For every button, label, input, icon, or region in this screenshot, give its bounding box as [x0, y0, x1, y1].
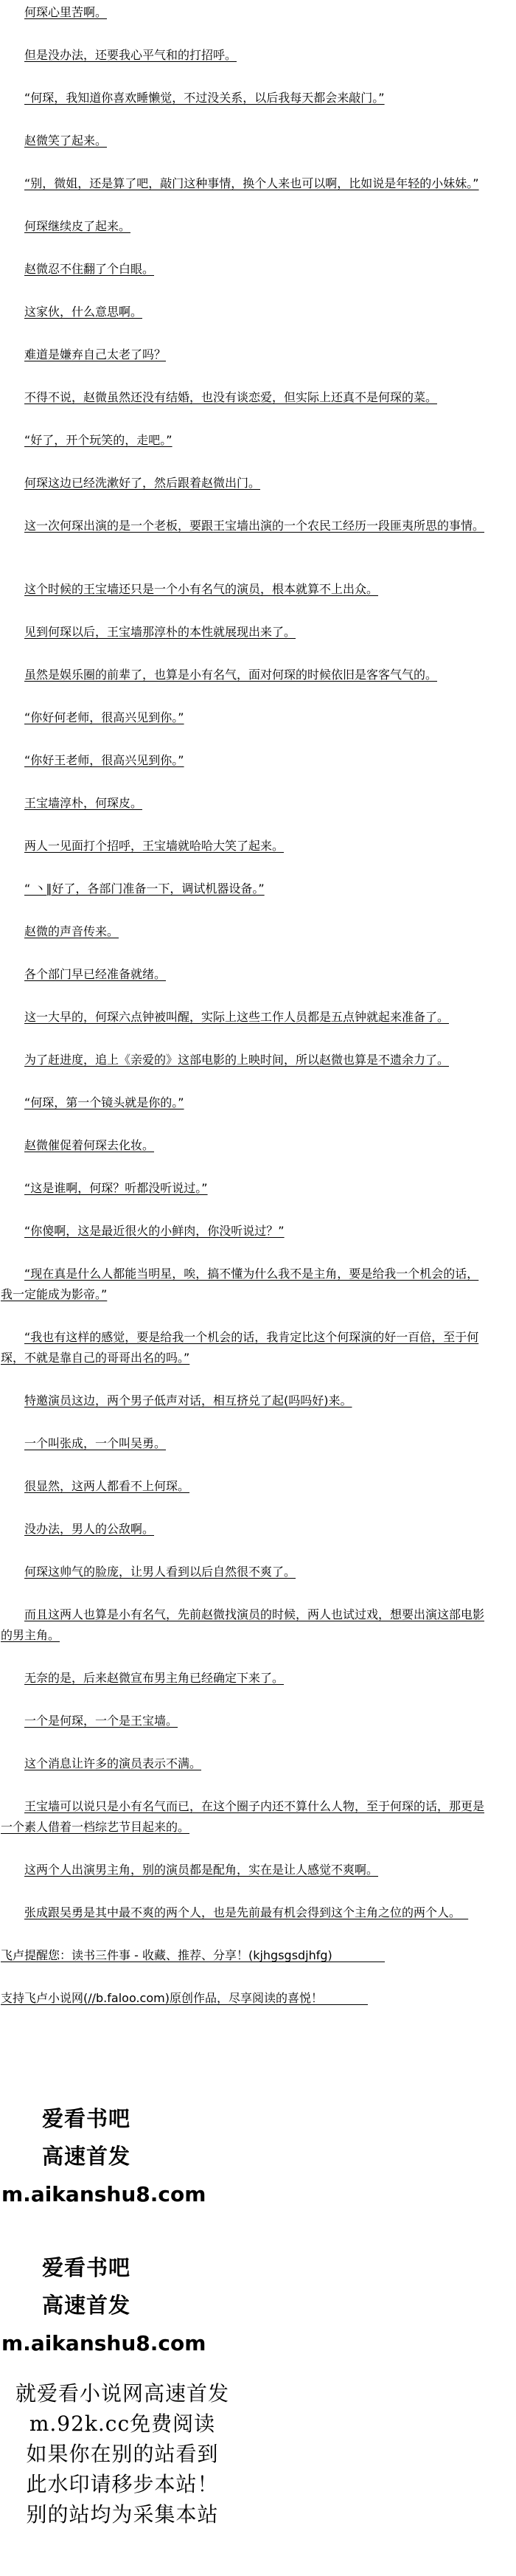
novel-text: 何琛心里苦啊。但是没办法，还要我心平气和的打招呼。“何琛，我知道你喜欢睡懒觉，不…	[1, 2, 487, 2009]
promo-site-url: m.aikanshu8.com	[1, 2175, 487, 2213]
novel-paragraph: 何琛这帅气的脸庞，让男人看到以后自然很不爽了。	[1, 1562, 487, 1582]
novel-paragraph: 支持飞卢小说网(//b.faloo.com)原创作品，尽享阅读的喜悦！	[1, 1988, 487, 2009]
novel-paragraph: “你好何老师，很高兴见到你。”	[1, 707, 487, 728]
novel-paragraph: 不得不说，赵微虽然还没有结婚，也没有谈恋爱，但实际上还真不是何琛的菜。	[1, 387, 487, 408]
novel-paragraph: 这两个人出演男主角，别的演员都是配角，实在是让人感觉不爽啊。	[1, 1860, 487, 1880]
novel-paragraph: 赵微催促着何琛去化妆。	[1, 1135, 487, 1156]
novel-paragraph: 但是没办法，还要我心平气和的打招呼。	[1, 45, 487, 66]
novel-paragraph: 特邀演员这边，两个男子低声对话，相互挤兑了起(吗吗好)来。	[1, 1391, 487, 1411]
novel-paragraph: 各个部门早已经准备就绪。	[1, 964, 487, 985]
novel-paragraph: “我也有这样的感觉，要是给我一个机会的话，我肯定比这个何琛演的好一百倍，至于何琛…	[1, 1327, 487, 1368]
novel-paragraph: “何琛，我知道你喜欢睡懒觉，不过没关系，以后我每天都会来敲门。”	[1, 88, 487, 108]
novel-reader-page: 何琛心里苦啊。但是没办法，还要我心平气和的打招呼。“何琛，我知道你喜欢睡懒觉，不…	[0, 0, 516, 2530]
novel-paragraph: 王宝墙淳朴，何琛皮。	[1, 793, 487, 814]
novel-paragraph: 没办法，男人的公敌啊。	[1, 1519, 487, 1540]
novel-paragraph: 而且这两人也算是小有名气，先前赵微找演员的时候，两人也试过戏，想要出演这部电影的…	[1, 1604, 487, 1646]
novel-paragraph: 王宝墙可以说只是小有名气而已，在这个圈子内还不算什么人物，至于何琛的话，那更是一…	[1, 1796, 487, 1838]
promo-block: 爱看书吧 高速首发 m.aikanshu8.com	[1, 2249, 487, 2362]
novel-paragraph: “何琛，第一个镜头就是你的。”	[1, 1093, 487, 1113]
novel-paragraph: 赵微笑了起来。	[1, 131, 487, 151]
novel-paragraph: 这个时候的王宝墙还只是一个小有名气的演员，根本就算不上出众。	[1, 579, 487, 600]
novel-paragraph: “你傻啊，这是最近很火的小鲜肉，你没听说过？”	[1, 1221, 487, 1242]
novel-paragraph: 这一次何琛出演的是一个老板，要跟王宝墙出演的一个农民工经历一段匪夷所思的事情。	[1, 516, 487, 536]
novel-paragraph: 难道是嫌弃自己太老了吗？	[1, 344, 487, 365]
novel-paragraph: 一个是何琛，一个是王宝墙。	[1, 1711, 487, 1731]
promo-tagline: 高速首发	[1, 2138, 487, 2175]
novel-paragraph: 见到何琛以后，王宝墙那淳朴的本性就展现出来了。	[1, 622, 487, 643]
novel-paragraph: “现在真是什么人都能当明星，唉，搞不懂为什么我不是主角，要是给我一个机会的话，我…	[1, 1264, 487, 1305]
novel-paragraph: 赵微的声音传来。	[1, 921, 487, 942]
promo-block: 爱看书吧 高速首发 m.aikanshu8.com	[1, 2100, 487, 2213]
novel-paragraph: 张成跟吴勇是其中最不爽的两个人，也是先前最有机会得到这个主角之位的两个人。	[1, 1902, 487, 1923]
novel-paragraph: 这个消息让许多的演员表示不满。	[1, 1753, 487, 1774]
promo-tagline: 高速首发	[1, 2287, 487, 2324]
novel-paragraph: 飞卢提醒您：读书三件事 - 收藏、推荐、分享！(kjhgsgsdjhfg)	[1, 1945, 487, 1966]
novel-paragraph: 这一大早的，何琛六点钟被叫醒，实际上这些工作人员都是五点钟就起来准备了。	[1, 1007, 487, 1028]
watermark-line: 别的站均为采集本站	[1, 2499, 244, 2530]
novel-paragraph: “别，微姐，还是算了吧，敲门这种事情，换个人来也可以啊，比如说是年轻的小妹妹。”	[1, 173, 487, 194]
watermark-line: 此水印请移步本站！	[1, 2469, 244, 2499]
novel-paragraph: “ 丶‖好了，各部门准备一下，调试机器设备。”	[1, 879, 487, 899]
promo-site-name: 爱看书吧	[1, 2249, 487, 2287]
novel-paragraph: 虽然是娱乐圈的前辈了，也算是小有名气，面对何琛的时候依旧是客客气气的。	[1, 665, 487, 685]
novel-paragraph: “这是谁啊，何琛？听都没听说过。”	[1, 1178, 487, 1199]
watermark-line: m.92k.cc免费阅读	[1, 2409, 244, 2439]
novel-paragraph: 这家伙，什么意思啊。	[1, 302, 487, 322]
watermark-line: 就爱看小说网高速首发	[1, 2378, 244, 2409]
novel-paragraph: 无奈的是，后来赵微宣布男主角已经确定下来了。	[1, 1668, 487, 1689]
watermark-line: 如果你在别的站看到	[1, 2439, 244, 2469]
novel-paragraph: 两人一见面打个招呼，王宝墙就哈哈大笑了起来。	[1, 836, 487, 856]
novel-paragraph: 赵微忍不住翻了个白眼。	[1, 259, 487, 280]
novel-paragraph: 何琛这边已经洗漱好了，然后跟着赵微出门。	[1, 473, 487, 494]
watermark-block: 就爱看小说网高速首发 m.92k.cc免费阅读 如果你在别的站看到 此水印请移步…	[1, 2378, 244, 2530]
promo-site-url: m.aikanshu8.com	[1, 2324, 487, 2362]
novel-paragraph: 为了赶进度，追上《亲爱的》这部电影的上映时间，所以赵微也算是不遗余力了。	[1, 1050, 487, 1070]
novel-paragraph: “好了，开个玩笑的，走吧。”	[1, 430, 487, 451]
novel-paragraph: 一个叫张成，一个叫吴勇。	[1, 1433, 487, 1454]
novel-paragraph: 何琛继续皮了起来。	[1, 216, 487, 237]
novel-paragraph: 何琛心里苦啊。	[1, 2, 487, 23]
novel-paragraph: 很显然，这两人都看不上何琛。	[1, 1476, 487, 1497]
novel-paragraph: “你好王老师，很高兴见到你。”	[1, 750, 487, 771]
promo-site-name: 爱看书吧	[1, 2100, 487, 2138]
